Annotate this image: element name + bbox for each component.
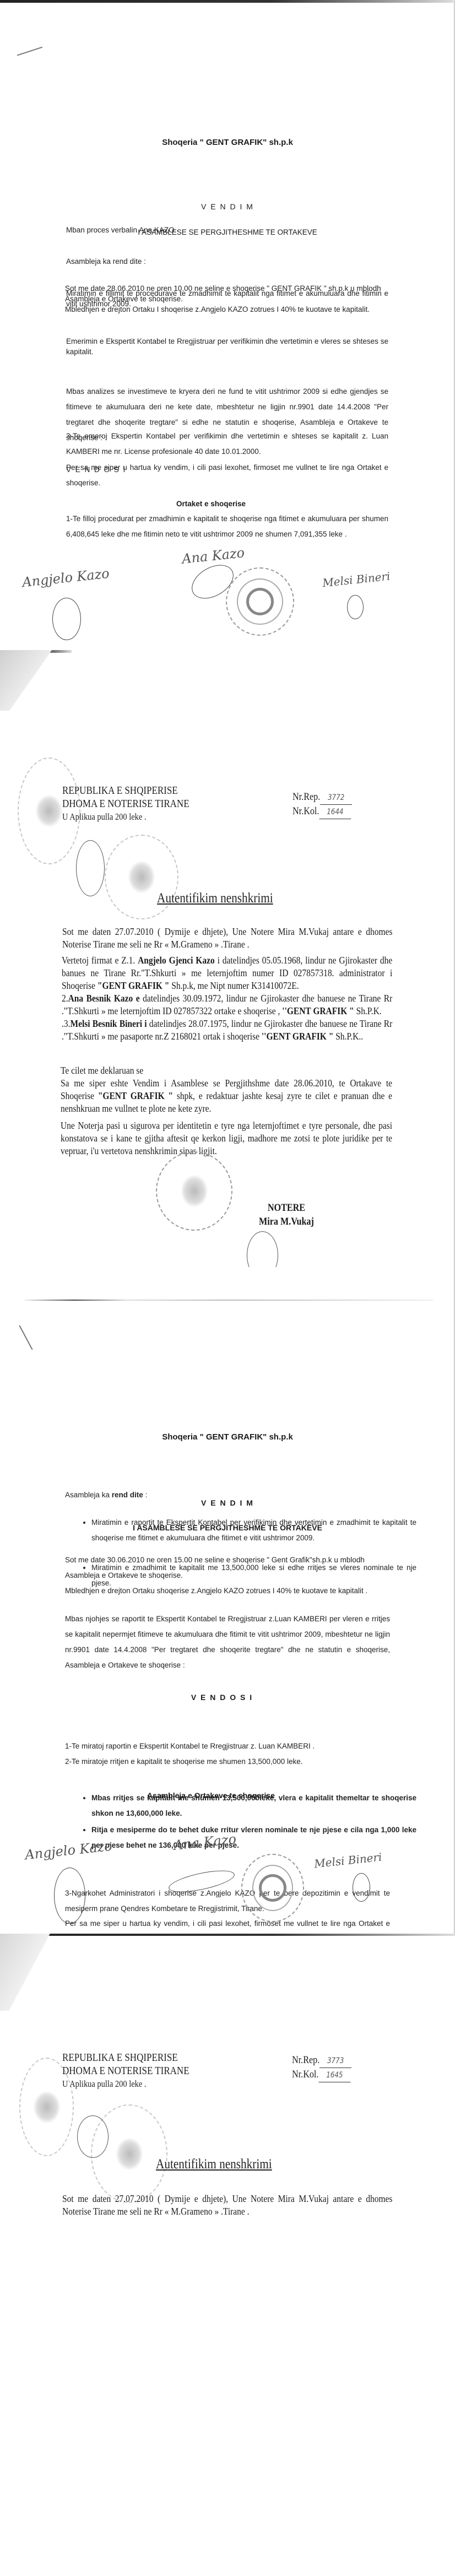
document-heading: V E N D I M [0, 202, 455, 211]
person-suffix: Sh.P.K.. [333, 1031, 363, 1042]
initials-mark [353, 1873, 370, 1902]
company-stamp [226, 567, 294, 636]
notary-header: REPUBLIKA E SHQIPERISE DHOMA E NOTERISE … [62, 784, 189, 824]
nr-rep-value: 3772 [320, 791, 352, 805]
notary-header: REPUBLIKA E SHQIPERISE DHOMA E NOTERISE … [62, 2051, 189, 2091]
header-line: U Aplikua pulla 200 leke . [62, 810, 189, 824]
person-entry: 2.Ana Besnik Kazo e datelindjes 30.09.19… [62, 992, 392, 1018]
notary-stamp-faint [91, 2104, 167, 2203]
register-numbers: Nr.Rep.3772 Nr.Kol.1644 [292, 791, 352, 819]
notary-signature-mark [247, 1231, 278, 1267]
agenda-label-bold: rend dite [112, 1491, 143, 1499]
nr-kol-value: 1645 [318, 2069, 350, 2082]
eagle-emblem-icon [181, 1175, 208, 1208]
company-name: ''GENT GRAFIK " [282, 1005, 354, 1016]
decision-3: 3-Ngarkohet Administratori i shoqerise z… [65, 1886, 390, 1917]
header-line: REPUBLIKA E SHQIPERISE [62, 784, 189, 797]
opening-text: Sot me daten 27.07.2010 ( Dymije e dhjet… [62, 2193, 392, 2218]
nr-kol-label: Nr.Kol. [292, 805, 319, 817]
page-1-vendim: Shoqeria " GENT GRAFIK" sh.p.k V E N D I… [0, 0, 455, 650]
person-prefix: Vertetoj firmat e Z.1. [62, 955, 138, 966]
declared-label: Te cilet me deklaruan se [61, 1064, 143, 1077]
decision-item: 2-Te miratoje rritjen e kapitalit te sho… [65, 1754, 390, 1769]
decision-label: V E N D O S I [0, 1693, 455, 1702]
nr-rep-label: Nr.Rep. [292, 791, 320, 803]
signatories-label: Ortaket e shoqerise [0, 500, 455, 508]
agenda-item: Miratimin e zmadhimit te kapitalit me 13… [91, 1560, 416, 1591]
notary-title: NOTERE [259, 1201, 314, 1215]
decision-bullet: Ritja e mesiperme do te behet duke rritu… [91, 1822, 416, 1853]
person-name: Ana Besnik Kazo e [68, 993, 140, 1004]
nr-rep: Nr.Rep.3773 [292, 2054, 351, 2068]
scan-edge [0, 0, 455, 3]
staple-mark [19, 1325, 32, 1350]
person-suffix: Sh.p.k, me Nipt numer K31410072E. [169, 980, 299, 991]
notary-signature-mark [77, 2115, 109, 2158]
notary-name: Mira M.Vukaj [259, 1215, 314, 1229]
company-title: Shoqeria " GENT GRAFIK" sh.p.k [0, 1432, 455, 1442]
header-line: DHOMA E NOTERISE TIRANE [62, 797, 189, 810]
persons-block: Vertetoj firmat e Z.1. Angjelo Gjenci Ka… [62, 954, 392, 1043]
eagle-emblem-icon [33, 2091, 61, 2124]
nr-kol-value: 1644 [319, 805, 351, 819]
nr-rep-value: 3773 [319, 2054, 351, 2068]
gent-grafik-logo-icon [259, 1874, 286, 1902]
agenda-label-post: : [143, 1491, 148, 1499]
notary-signature-block: NOTERE Mira M.Vukaj [259, 1201, 314, 1229]
scan-fold [0, 650, 72, 711]
scan-edge [25, 1300, 433, 1301]
eagle-emblem-icon [128, 861, 155, 894]
person-entry: Vertetoj firmat e Z.1. Angjelo Gjenci Ka… [62, 954, 392, 992]
eagle-emblem-icon [116, 2137, 143, 2171]
header-line: U Aplikua pulla 200 leke . [62, 2077, 189, 2091]
company-title: Shoqeria " GENT GRAFIK" sh.p.k [0, 138, 455, 147]
preamble-text: Mbas njohjes se raportit te Ekspertit Ko… [65, 1611, 390, 1673]
notary-seal [156, 1151, 232, 1231]
initials-mark [54, 1868, 85, 1924]
company-name: "GENT GRAFIK " [98, 1090, 173, 1101]
document-title: Autentifikim nenshkrimi [156, 2157, 272, 2172]
person-suffix: Sh.P.K. [354, 1005, 382, 1016]
company-stamp [241, 1854, 304, 1922]
person-name: Angjelo Gjenci Kazo [138, 955, 215, 966]
signatories-label: Asambleja e Ortakeve te shoqerise [0, 1791, 455, 1800]
document-title: Autentifikim nenshkrimi [157, 891, 273, 906]
nr-rep: Nr.Rep.3772 [292, 791, 352, 805]
person-prefix: 2. [62, 993, 68, 1004]
initials-mark [347, 595, 364, 619]
opening-text: Sot me daten 27.07.2010 ( Dymije e dhjet… [62, 926, 392, 951]
person-entry: .3.Melsi Besnik Bineri i datelindjes 28.… [62, 1018, 392, 1043]
header-line: DHOMA E NOTERISE TIRANE [62, 2064, 189, 2077]
nr-kol: Nr.Kol.1645 [292, 2068, 351, 2082]
nr-rep-label: Nr.Rep. [292, 2054, 319, 2066]
declaration-text: Sa me siper eshte Vendim i Asamblese se … [61, 1077, 392, 1115]
register-numbers: Nr.Rep.3773 Nr.Kol.1645 [292, 2054, 351, 2082]
eagle-emblem-icon [35, 794, 63, 827]
agenda-item: Miratimin e fillimit te procedurave te z… [66, 288, 388, 309]
notary-stamp-faint [105, 835, 178, 919]
signature-melsi-bineri: Melsi Bineri [322, 570, 391, 590]
closing-text: Per sa me siper u hartua ky vendim, i ci… [66, 460, 388, 491]
nr-kol-label: Nr.Kol. [292, 2069, 318, 2080]
agenda-label: Asambleja ka rend dite : [66, 256, 146, 267]
page-2-notary-authentication: REPUBLIKA E SHQIPERISE DHOMA E NOTERISE … [0, 650, 455, 1267]
person-prefix: .3. [62, 1018, 70, 1029]
gent-grafik-logo-icon [246, 588, 274, 615]
signature-angjelo-kazo: Angjelo Kazo [21, 566, 110, 590]
rend-dite-label: Asambleja ka rend dite : [65, 1490, 390, 1500]
decision-1: 1-Te filloj procedurat per zmadhimin e k… [66, 511, 388, 542]
certification-text: Une Noterja pasi u sigurova per identite… [61, 1119, 392, 1157]
secretary-text: Mban proces verbalin Ana KAZO. [66, 225, 176, 235]
decision-3: 3-Te emeroj Ekspertin Kontabel per verif… [66, 429, 388, 459]
agenda-list: Miratimin e raportit te Ekspertit Kontab… [65, 1515, 416, 1605]
staple-mark [17, 47, 42, 56]
decisions: 1-Te miratoj raportin e Ekspertit Kontab… [65, 1739, 390, 1769]
nr-kol: Nr.Kol.1644 [292, 805, 352, 819]
company-name: "GENT GRAFIK " [97, 980, 169, 991]
agenda-item: Emerimin e Ekspertit Kontabel te Rregjis… [66, 336, 388, 357]
decision-item: 1-Te miratoj raportin e Ekspertit Kontab… [65, 1739, 390, 1754]
agenda-item: Miratimin e raportit te Ekspertit Kontab… [91, 1515, 416, 1546]
person-name: Melsi Besnik Bineri i [70, 1018, 147, 1029]
notary-signature-mark [76, 840, 105, 896]
agenda-label-pre: Asambleja ka [65, 1491, 112, 1499]
company-name: ''GENT GRAFIK " [262, 1031, 333, 1042]
header-line: REPUBLIKA E SHQIPERISE [62, 2051, 189, 2064]
signature-ana-kazo: Ana Kazo [181, 545, 245, 567]
initials-mark [52, 598, 81, 640]
page-4-notary-authentication: REPUBLIKA E SHQIPERISE DHOMA E NOTERISE … [0, 1934, 455, 2576]
scan-fold [0, 1934, 69, 2011]
